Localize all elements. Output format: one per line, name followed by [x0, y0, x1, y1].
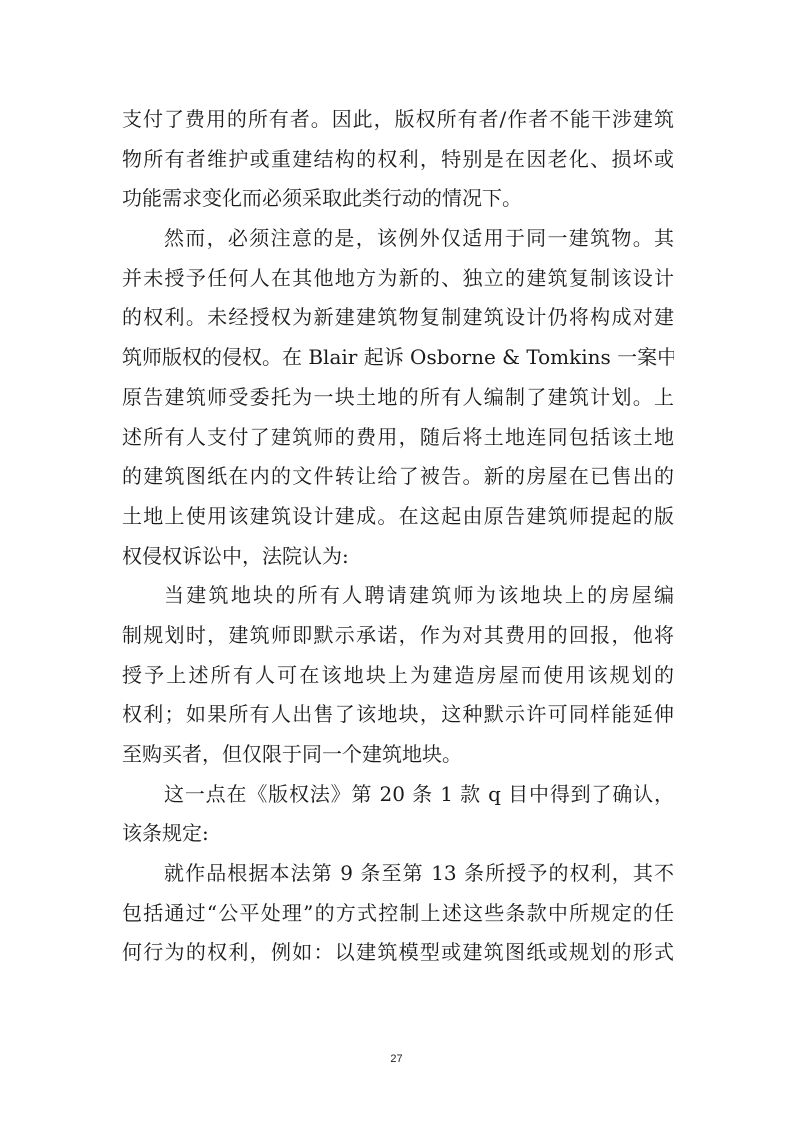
- text-line: 的权利。未经授权为新建建筑物复制建筑设计仍将构成对建: [122, 298, 674, 338]
- page-number: 27: [0, 1053, 793, 1065]
- paragraph-start-line: 这一点在《版权法》第 20 条 1 款 q 目中得到了确认，: [122, 775, 674, 815]
- quote-start-line: 当建筑地块的所有人聘请建筑师为该地块上的房屋编: [122, 576, 674, 616]
- text-line: 述所有人支付了建筑师的费用，随后将土地连同包括该土地: [122, 418, 674, 458]
- text-line: 授予上述所有人可在该地块上为建造房屋而使用该规划的: [122, 656, 674, 696]
- document-body: 支付了费用的所有者。因此，版权所有者/作者不能干涉建筑 物所有者维护或重建结构的…: [122, 100, 674, 973]
- text-line: 制规划时，建筑师即默示承诺，作为对其费用的回报，他将: [122, 616, 674, 656]
- text-line: 原告建筑师受委托为一块土地的所有人编制了建筑计划。上: [122, 378, 674, 418]
- paragraph-start-line: 然而，必须注意的是，该例外仅适用于同一建筑物。其: [122, 219, 674, 259]
- text-line: 包括通过“公平处理”的方式控制上述这些条款中所规定的任: [122, 894, 674, 934]
- text-line: 功能需求变化而必须采取此类行动的情况下。: [122, 179, 674, 219]
- text-line: 土地上使用该建筑设计建成。在这起由原告建筑师提起的版: [122, 497, 674, 537]
- text-line: 权侵权诉讼中，法院认为:: [122, 537, 674, 577]
- text-line: 权利；如果所有人出售了该地块，这种默示许可同样能延伸: [122, 695, 674, 735]
- text-line: 至购买者，但仅限于同一个建筑地块。: [122, 735, 674, 775]
- text-line: 支付了费用的所有者。因此，版权所有者/作者不能干涉建筑: [122, 100, 674, 140]
- text-line: 物所有者维护或重建结构的权利，特别是在因老化、损坏或: [122, 140, 674, 180]
- text-line: 何行为的权利，例如：以建筑模型或建筑图纸或规划的形式: [122, 933, 674, 973]
- text-line: 的建筑图纸在内的文件转让给了被告。新的房屋在已售出的: [122, 457, 674, 497]
- text-line: 并未授予任何人在其他地方为新的、独立的建筑复制该设计: [122, 259, 674, 299]
- text-line: 筑师版权的侵权。在 Blair 起诉 Osborne & Tomkins 一案中…: [122, 338, 674, 378]
- quote-start-line: 就作品根据本法第 9 条至第 13 条所授予的权利，其不: [122, 854, 674, 894]
- text-line: 该条规定:: [122, 814, 674, 854]
